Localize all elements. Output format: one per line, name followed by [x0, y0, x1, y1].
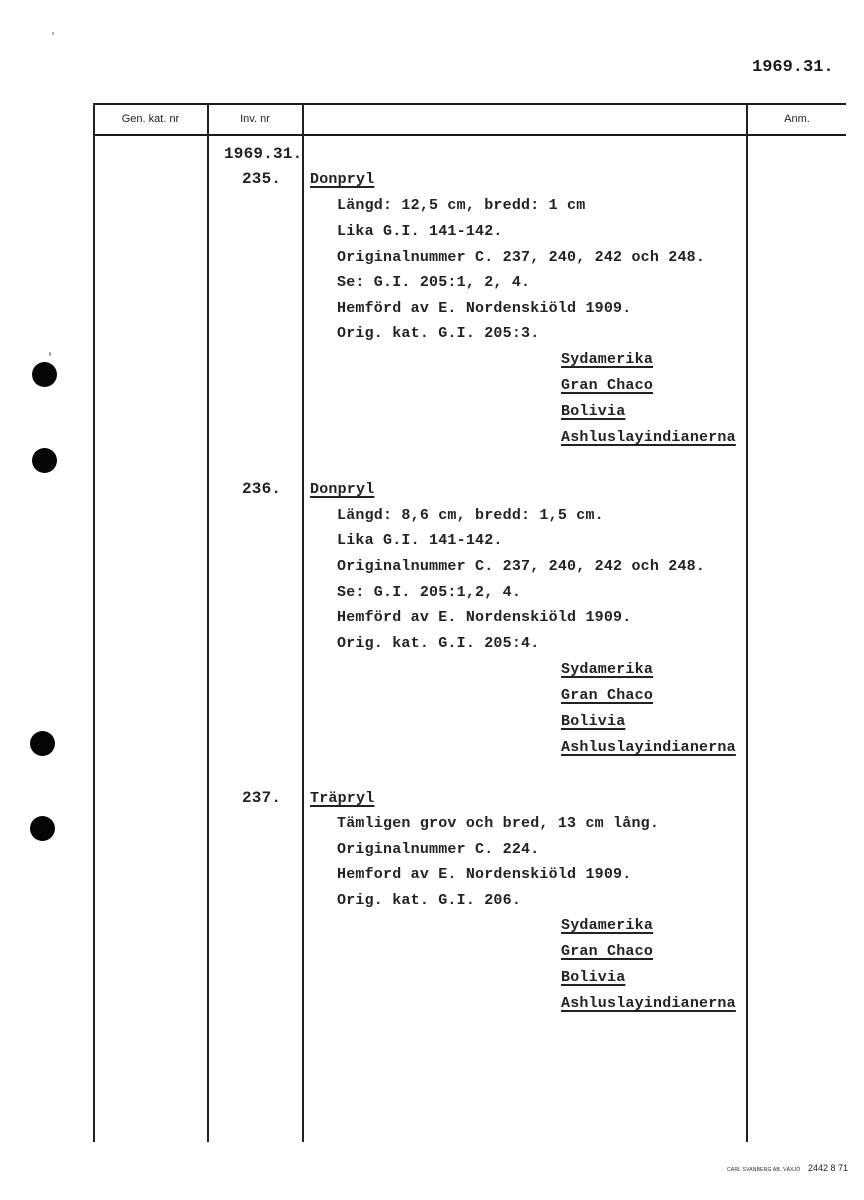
- inv-number: 235.: [242, 170, 281, 188]
- description-line: Längd: 8,6 cm, bredd: 1,5 cm.: [337, 507, 604, 524]
- location-country: Bolivia: [561, 713, 625, 730]
- object-title: Donpryl: [310, 481, 374, 498]
- series-label: 1969.31.: [224, 145, 302, 163]
- object-title: Träpryl: [310, 790, 374, 807]
- description-line: Orig. kat. G.I. 206.: [337, 892, 521, 909]
- header-gen-kat-nr: Gen. kat. nr: [94, 104, 207, 134]
- scan-speck: [49, 352, 51, 356]
- location-people: Ashluslayindianerna: [561, 739, 736, 756]
- punch-hole: [32, 362, 57, 387]
- description-line: Hemförd av E. Nordenskiöld 1909.: [337, 609, 631, 626]
- object-title: Donpryl: [310, 171, 374, 188]
- column-divider-inv-desc: [302, 103, 304, 1142]
- punch-hole: [30, 816, 55, 841]
- location-country: Bolivia: [561, 403, 625, 420]
- description-line: Lika G.I. 141-142.: [337, 223, 503, 240]
- description-line: Orig. kat. G.I. 205:3.: [337, 325, 539, 342]
- description-line: Hemford av E. Nordenskiöld 1909.: [337, 866, 631, 883]
- location-continent: Sydamerika: [561, 661, 653, 678]
- printer-name: CARL SVANBERG AB, VÄXJÖ: [727, 1167, 801, 1173]
- description-line: Originalnummer C. 237, 240, 242 och 248.: [337, 249, 705, 266]
- description-line: Tämligen grov och bred, 13 cm lång.: [337, 815, 659, 832]
- inv-number: 237.: [242, 789, 281, 807]
- description-line: Se: G.I. 205:1,2, 4.: [337, 584, 521, 601]
- header-inv-nr: Inv. nr: [208, 104, 302, 134]
- punch-hole: [30, 731, 55, 756]
- form-code: 2442 8 71: [808, 1163, 848, 1173]
- description-line: Originalnummer C. 224.: [337, 841, 539, 858]
- column-divider-left: [93, 103, 95, 1142]
- column-divider-gen-inv: [207, 103, 209, 1142]
- header-description: [303, 104, 746, 134]
- location-continent: Sydamerika: [561, 351, 653, 368]
- location-people: Ashluslayindianerna: [561, 995, 736, 1012]
- description-line: Längd: 12,5 cm, bredd: 1 cm: [337, 197, 585, 214]
- location-region: Gran Chaco: [561, 943, 653, 960]
- inv-number: 236.: [242, 480, 281, 498]
- location-region: Gran Chaco: [561, 687, 653, 704]
- header-bottom-border: [93, 134, 846, 136]
- description-line: Orig. kat. G.I. 205:4.: [337, 635, 539, 652]
- column-divider-desc-anm: [746, 103, 748, 1142]
- description-line: Lika G.I. 141-142.: [337, 532, 503, 549]
- location-region: Gran Chaco: [561, 377, 653, 394]
- description-line: Se: G.I. 205:1, 2, 4.: [337, 274, 530, 291]
- location-continent: Sydamerika: [561, 917, 653, 934]
- location-country: Bolivia: [561, 969, 625, 986]
- scan-speck: [52, 32, 54, 35]
- page-number: 1969.31.: [752, 58, 834, 77]
- punch-hole: [32, 448, 57, 473]
- location-people: Ashluslayindianerna: [561, 429, 736, 446]
- header-anm: Anm.: [747, 104, 847, 134]
- printer-footer: CARL SVANBERG AB, VÄXJÖ 2442 8 71: [727, 1158, 848, 1176]
- description-line: Originalnummer C. 237, 240, 242 och 248.: [337, 558, 705, 575]
- description-line: Hemförd av E. Nordenskiöld 1909.: [337, 300, 631, 317]
